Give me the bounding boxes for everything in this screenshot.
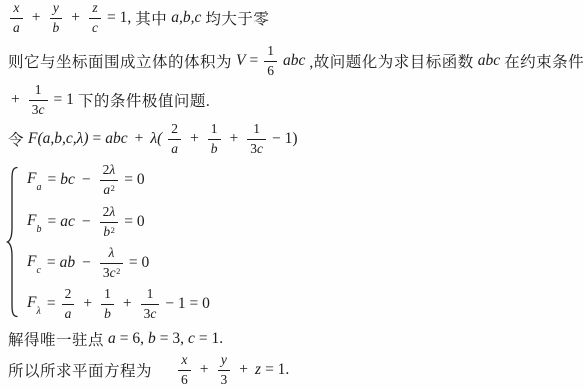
equals-sign: = (47, 213, 56, 231)
equals-sign: = (47, 171, 56, 189)
variable-a: a (108, 330, 116, 348)
equation-Fb: Fb = ac − 2λ b2 = 0 (27, 204, 145, 240)
minus-operator: − (82, 254, 91, 272)
plus-operator: + (123, 295, 132, 313)
variable-z: z (255, 361, 261, 379)
equals-sign: = (47, 295, 56, 313)
partial-Flambda: Fλ (27, 294, 43, 314)
variable-abc: abc (105, 130, 127, 148)
value-c: = 1. (199, 330, 223, 348)
fraction-x-a: x a (10, 1, 23, 34)
minus-operator: − (82, 171, 91, 189)
equation-plane-constraint: x a + y b + z c = 1, 其中 a,b,c 均大于零 (8, 2, 269, 34)
fraction-1-b: 1 b (101, 287, 114, 320)
text-positive: 均大于零 (205, 7, 269, 29)
value-a: = 6, (120, 330, 144, 348)
plus-operator: + (135, 130, 144, 148)
equation-Fa: Fa = bc − 2λ a2 = 0 (27, 162, 145, 198)
partial-Fa: Fa (27, 170, 43, 190)
equation-Fc: Fc = ab − λ 3c2 = 0 (27, 245, 149, 281)
variable-c: c (188, 330, 195, 348)
text-solve-result: 解得唯一驻点 (8, 328, 104, 350)
text-problem-transform: ,故问题化为求目标函数 (309, 50, 473, 72)
equals-zero: = 0 (129, 254, 149, 272)
term-bc: bc (60, 171, 75, 189)
plus-operator: + (32, 9, 41, 27)
plus-operator: + (11, 91, 20, 109)
text-volume-setup: 则它与坐标面围成立体的体积为 V = 1 6 abc ,故问题化为求目标函数 a… (8, 44, 585, 78)
equals-sign: = (93, 130, 102, 148)
equals-sign: = (249, 52, 258, 70)
plus-operator: + (239, 361, 248, 379)
minus-one-equals-zero: − 1 = 0 (165, 295, 210, 313)
minus-one-close-paren: − 1) (272, 130, 298, 148)
text-volume-intro: 则它与坐标面围成立体的体积为 (8, 50, 232, 72)
fraction-1-3c: 1 3c (141, 287, 160, 320)
equation-Flambda: Fλ = 2 a + 1 b + 1 3c − 1 = 0 (27, 286, 210, 322)
text-constraint-continued: + 1 3c = 1 下的条件极值问题. (8, 82, 210, 118)
fraction-x-6: x 6 (178, 353, 191, 386)
equation-system: Fa = bc − 2λ a2 = 0 Fb = ac − 2λ b2 = 0 (5, 160, 580, 328)
plus-operator: + (71, 9, 80, 27)
function-F: F(a,b,c,λ) (28, 130, 89, 148)
value-b: = 3, (160, 330, 184, 348)
equals-zero: = 0 (124, 171, 144, 189)
variable-V: V (236, 52, 245, 70)
text-extremum-problem: 下的条件极值问题. (78, 89, 210, 111)
solution-stationary-point: 解得唯一驻点 a = 6, b = 3, c = 1. (8, 328, 223, 350)
variable-b: b (148, 330, 156, 348)
fraction-2-a: 2 a (62, 287, 75, 320)
fraction-1-6: 1 6 (264, 44, 277, 77)
fraction-y-b: y b (50, 1, 63, 34)
equals-one: = 1, (107, 9, 131, 27)
left-brace (5, 166, 20, 318)
variable-abc: abc (283, 52, 305, 70)
text-constraint-label: 在约束条件 (504, 50, 584, 72)
plus-operator: + (83, 295, 92, 313)
term-ac: ac (60, 213, 75, 231)
fraction-lambda-3c2: λ 3c2 (100, 246, 123, 279)
text-qizhong: 其中 (135, 7, 167, 29)
fraction-1-3c: 1 3c (29, 83, 48, 116)
fraction-2lambda-a2: 2λ a2 (100, 163, 119, 196)
text-conclusion: 所以所求平面方程为 (8, 359, 152, 381)
fraction-y-3: y 3 (218, 353, 231, 386)
final-plane-equation: 所以所求平面方程为 x 6 + y 3 + z = 1. (8, 352, 289, 388)
fraction-2lambda-b2: 2λ b2 (100, 205, 119, 238)
plus-operator: + (230, 130, 239, 148)
fraction-1-b: 1 b (208, 122, 221, 155)
variables-abc: a,b,c (171, 9, 201, 27)
text-let: 令 (8, 128, 24, 150)
fraction-1-3c: 1 3c (247, 122, 266, 155)
partial-Fb: Fb (27, 212, 43, 232)
equals-one: = 1 (54, 91, 74, 109)
equals-one: = 1. (265, 361, 289, 379)
equals-zero: = 0 (124, 213, 144, 231)
variable-abc: abc (478, 52, 500, 70)
term-ab: ab (60, 254, 76, 272)
fraction-2-a: 2 a (168, 122, 181, 155)
equals-sign: = (47, 254, 56, 272)
document-page: x a + y b + z c = 1, 其中 a,b,c 均大于零 则它与坐标… (0, 0, 585, 390)
plus-operator: + (190, 130, 199, 148)
partial-Fc: Fc (27, 253, 43, 273)
fraction-z-c: z c (89, 1, 101, 34)
minus-operator: − (82, 213, 91, 231)
plus-operator: + (200, 361, 209, 379)
lagrange-function: 令 F(a,b,c,λ) = abc + λ( 2 a + 1 b + 1 3c… (8, 120, 298, 158)
lambda-paren: λ( (150, 130, 162, 148)
